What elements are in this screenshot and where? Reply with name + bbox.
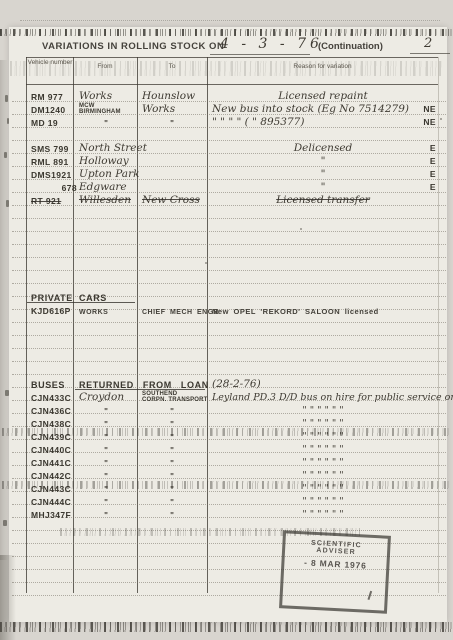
- cell: New Cross: [138, 193, 210, 207]
- reason-text: " " " " " ": [302, 509, 343, 520]
- ditto-mark: ": [138, 119, 206, 128]
- margin-mark: [3, 520, 7, 526]
- cell: [138, 154, 210, 168]
- handwritten-text: Upton Park: [79, 168, 139, 180]
- reason-text: " " " " " ": [302, 457, 343, 468]
- cell: Hounslow: [138, 89, 210, 103]
- section-heading-row: BUSESRETURNED FROM LOAN(28-2-76): [26, 377, 438, 390]
- cell: DMS1921: [27, 167, 77, 181]
- vehicle-number: RM 977: [31, 92, 63, 102]
- cell: ": [138, 455, 206, 469]
- table-row: CJN441C""" " " " " ": [26, 455, 438, 468]
- table-row: MD 19""" " " " ( " 895377)NE: [26, 115, 438, 128]
- section-heading-text: BUSES: [31, 380, 65, 390]
- scientific-adviser-stamp: SCIENTIFIC ADVISER - 8 MAR 1976: [279, 530, 391, 614]
- cell: ": [75, 468, 137, 482]
- cell: CJN441C: [27, 455, 77, 469]
- ditto-mark: ": [138, 407, 206, 416]
- cell: ": [208, 154, 438, 168]
- scan-artifact: [0, 60, 8, 560]
- table-vertical-line: [438, 57, 439, 593]
- cell: ": [138, 494, 206, 508]
- cell: SMS 799: [27, 141, 77, 155]
- handwritten-text: Holloway: [79, 155, 129, 167]
- ditto-mark: ": [75, 472, 137, 481]
- cell: [138, 167, 210, 181]
- vehicle-number: DMS1921: [31, 170, 72, 180]
- vehicle-number: CJN441C: [31, 458, 71, 468]
- handwritten-text: Works: [142, 103, 175, 115]
- reason-text: " " " " " ": [302, 405, 343, 416]
- cell: (28-2-76): [208, 377, 442, 391]
- cell: New OPEL 'REKORD' SALOON licensed: [208, 303, 442, 317]
- ditto-mark: ": [75, 407, 137, 416]
- table-row: DMS1921Upton Park"E: [26, 167, 438, 180]
- table-row: SMS 799North StreetDelicensedE: [26, 141, 438, 154]
- cell: ": [138, 115, 206, 129]
- cell: DM1240: [27, 102, 77, 116]
- ledger-rule: [12, 257, 446, 258]
- scan-artifact: [60, 528, 360, 536]
- reason-text: " " " " " ": [302, 470, 343, 481]
- ledger-rule: [12, 283, 446, 284]
- flag-note: E: [430, 182, 436, 192]
- margin-mark: [5, 95, 8, 102]
- ditto-mark: ": [75, 446, 137, 455]
- cell: " " " " " ": [208, 442, 438, 456]
- scan-artifact: [2, 428, 450, 436]
- cell: Licensed transfer: [208, 193, 438, 207]
- table-row: RML 891Holloway"E: [26, 154, 438, 167]
- cell: " " " " " ": [208, 494, 438, 508]
- cell: CJN433C: [27, 390, 77, 404]
- vehicle-number: MD 19: [31, 118, 58, 128]
- vehicle-number: CJN433C: [31, 393, 71, 403]
- ledger-rule: [12, 244, 446, 245]
- handwritten-text: Hounslow: [142, 90, 195, 102]
- handwritten-text: North Street: [79, 142, 147, 154]
- cell: Croydon: [75, 390, 141, 404]
- flag-note: E: [430, 169, 436, 179]
- scan-dot: [440, 118, 442, 120]
- section-heading-date: (28-2-76): [212, 378, 261, 390]
- cell: " " " " " ": [208, 507, 438, 521]
- table-row: 678Edgware"E: [26, 180, 438, 193]
- reason-text: Licensed transfer: [276, 194, 370, 206]
- table-row: RM 977WorksHounslowLicensed repaint: [26, 89, 438, 102]
- scanned-ledger-page: VARIATIONS IN ROLLING STOCK ON 4 - 3 - 7…: [0, 0, 453, 640]
- reason-text: New bus into stock (Eg No 7514279): [212, 103, 409, 115]
- cell: ": [138, 403, 206, 417]
- cell: BUSES: [27, 377, 77, 391]
- cell: MCWBIRMINGHAM: [75, 102, 141, 116]
- table-row: DM1240MCWBIRMINGHAMWorksNew bus into sto…: [26, 102, 438, 115]
- cell: Holloway: [75, 154, 141, 168]
- cell: Works: [138, 102, 210, 116]
- ledger-rule: [12, 218, 446, 219]
- vehicle-number: RML 891: [31, 157, 69, 167]
- ditto-mark: ": [138, 498, 206, 507]
- cell: MHJ347F: [27, 507, 77, 521]
- margin-mark: [7, 118, 9, 124]
- cell: RT 921: [27, 193, 77, 207]
- stamp-line-3: - 8 MAR 1976: [284, 556, 386, 571]
- reason-text: New OPEL 'REKORD' SALOON licensed: [212, 307, 379, 316]
- cell: ": [75, 455, 137, 469]
- stamp-pen-tick: [367, 591, 372, 600]
- table-row: CJN433CCroydonSOUTHENDCORPN. TRANSPORTLe…: [26, 390, 438, 403]
- ledger-rule: [12, 348, 446, 349]
- reason-text: Leyland PD.3 D/D bus on hire for public …: [212, 392, 453, 403]
- vehicle-number: SMS 799: [31, 144, 69, 154]
- table-row: MHJ347F""" " " " " ": [26, 507, 438, 520]
- cell: ": [75, 494, 137, 508]
- ditto-mark: ": [138, 511, 206, 520]
- ditto-mark: ": [75, 498, 137, 507]
- flag-note: E: [430, 156, 436, 166]
- reason-text: Licensed repaint: [278, 90, 367, 102]
- cell: " " " " " ": [208, 468, 438, 482]
- ditto-mark: ": [138, 446, 206, 455]
- cell: " " " " " ": [208, 403, 438, 417]
- cell: 678: [27, 180, 80, 194]
- vehicle-number: RT 921: [31, 196, 61, 206]
- cell: Works: [75, 89, 141, 103]
- flag-note: E: [430, 143, 436, 153]
- cell: RML 891: [27, 154, 77, 168]
- cell: Delicensed: [208, 141, 438, 155]
- cell: ": [75, 442, 137, 456]
- cell: [138, 180, 210, 194]
- scan-artifact: [0, 622, 453, 632]
- cell: CJN440C: [27, 442, 77, 456]
- vehicle-number: CJN440C: [31, 445, 71, 455]
- ditto-mark: ": [75, 459, 137, 468]
- cell: Upton Park: [75, 167, 141, 181]
- cell: [138, 128, 210, 142]
- margin-mark: [4, 152, 7, 158]
- margin-mark: [6, 200, 9, 207]
- cell: " " " " " ": [208, 455, 438, 469]
- scan-dot: [300, 228, 302, 230]
- cell: ": [138, 507, 206, 521]
- hand-print-text: WORKS: [79, 309, 108, 316]
- cell: Willesden: [75, 193, 141, 207]
- cell: ": [208, 180, 438, 194]
- ditto-mark: ": [138, 459, 206, 468]
- cell: Edgware: [75, 180, 141, 194]
- table-row: KJD616PWORKSCHIEF MECH ENGRNew OPEL 'REK…: [26, 303, 438, 316]
- table-row: [26, 128, 438, 141]
- vehicle-number: CJN436C: [31, 406, 71, 416]
- cell: ": [138, 468, 206, 482]
- cell: " " " " ( " 895377): [208, 115, 442, 129]
- ledger-rule: [12, 361, 446, 362]
- section-heading-row: PRIVATECARS: [26, 290, 438, 303]
- reason-text: ": [321, 168, 326, 180]
- reason-text: ": [321, 181, 326, 193]
- handwritten-text: Willesden: [79, 194, 131, 206]
- reason-text: " " " " " ": [302, 444, 343, 455]
- ledger-rule: [12, 322, 446, 323]
- ditto-mark: ": [138, 472, 206, 481]
- table-top-border: [26, 57, 438, 58]
- cell: KJD616P: [27, 303, 77, 317]
- reason-text: Delicensed: [294, 142, 353, 154]
- reason-text: " " " " ( " 895377): [212, 116, 304, 128]
- scan-dot: [205, 262, 207, 264]
- cell: CJN442C: [27, 468, 77, 482]
- cell: WORKS: [75, 303, 141, 317]
- cell: Licensed repaint: [208, 89, 438, 103]
- flag-note: NE: [423, 104, 436, 114]
- cell: [75, 128, 141, 142]
- cell: ": [208, 167, 438, 181]
- handwritten-text: Croydon: [79, 391, 124, 403]
- ledger-rule: [12, 231, 446, 232]
- handwritten-text: New Cross: [142, 194, 200, 206]
- ditto-mark: ": [75, 119, 137, 128]
- cell: SOUTHENDCORPN. TRANSPORT: [138, 390, 210, 404]
- ledger-rule: [12, 270, 446, 271]
- vehicle-number: MHJ347F: [31, 510, 71, 520]
- ledger-rule: [12, 335, 446, 336]
- vehicle-number: DM1240: [31, 105, 66, 115]
- ledger-rule: [12, 374, 446, 375]
- flag-note: NE: [423, 117, 436, 127]
- cell: CJN444C: [27, 494, 77, 508]
- cell: North Street: [75, 141, 141, 155]
- cell: ": [75, 507, 137, 521]
- cell: CHIEF MECH ENGR: [138, 303, 210, 317]
- cell: ": [75, 403, 137, 417]
- handwritten-text: Works: [79, 90, 112, 102]
- handwritten-text: Edgware: [79, 181, 127, 193]
- cell: CJN436C: [27, 403, 77, 417]
- cell: ": [138, 442, 206, 456]
- scan-artifact: [0, 555, 16, 640]
- cell: New bus into stock (Eg No 7514279): [208, 102, 442, 116]
- table-row: CJN440C""" " " " " ": [26, 442, 438, 455]
- cell: ": [75, 115, 137, 129]
- scan-artifact: [2, 481, 450, 489]
- table-row: CJN436C""" " " " " ": [26, 403, 438, 416]
- cell: [138, 141, 210, 155]
- two-line-caps: SOUTHENDCORPN. TRANSPORT: [142, 391, 208, 403]
- table-header-border: [26, 84, 438, 85]
- table-row: CJN444C""" " " " " ": [26, 494, 438, 507]
- ditto-mark: ": [75, 511, 137, 520]
- cell: Leyland PD.3 D/D bus on hire for public …: [208, 390, 442, 404]
- two-line-caps: MCWBIRMINGHAM: [79, 103, 121, 115]
- vehicle-number: KJD616P: [31, 306, 71, 316]
- reason-text: ": [321, 155, 326, 167]
- table-row: RT 921WillesdenNew CrossLicensed transfe…: [26, 193, 438, 206]
- reason-text: " " " " " ": [302, 496, 343, 507]
- vehicle-number: CJN444C: [31, 497, 71, 507]
- vehicle-number: CJN442C: [31, 471, 71, 481]
- cell: MD 19: [27, 115, 77, 129]
- table-row: CJN442C""" " " " " ": [26, 468, 438, 481]
- margin-mark: [5, 390, 9, 396]
- cell: RM 977: [27, 89, 77, 103]
